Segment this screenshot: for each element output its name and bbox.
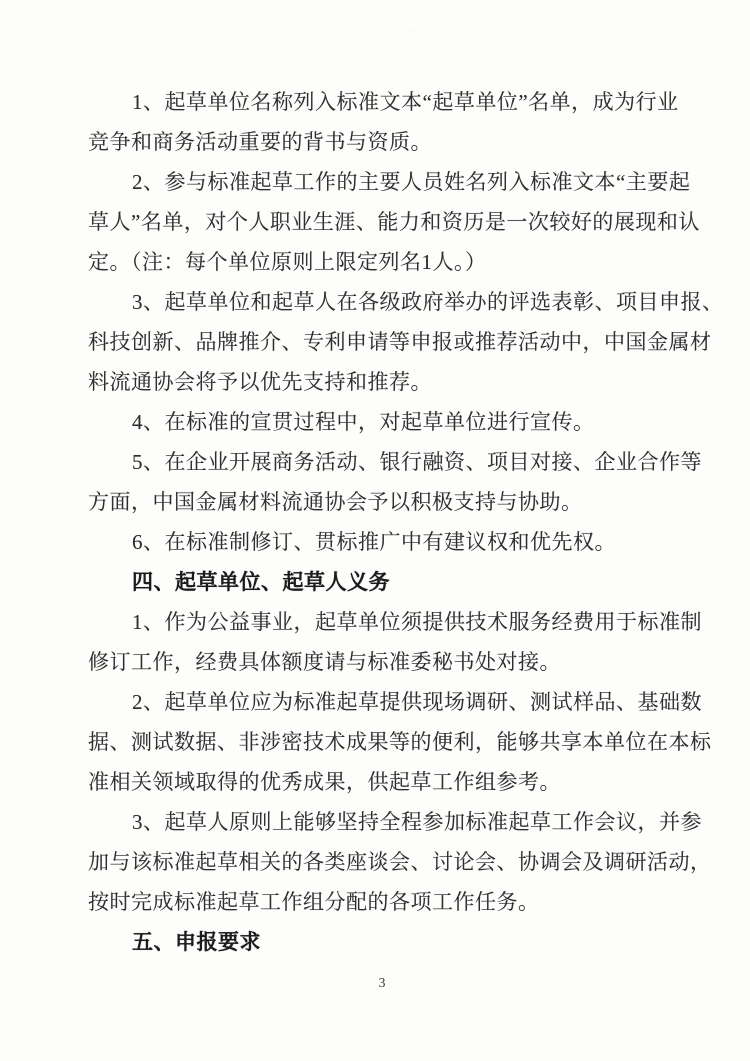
page-number: 3 (379, 976, 386, 992)
page-footer: 3 (0, 974, 750, 992)
text-line: 竞争和商务活动重要的背书与资质。 (88, 122, 666, 162)
text-line: 四、起草单位、起草人义务 (88, 562, 666, 602)
clause-benefit-6: 6、在标准制修订、贯标推广中有建议权和优先权。 (88, 522, 666, 562)
document-content: 1、起草单位名称列入标准文本“起草单位”名单，成为行业竞争和商务活动重要的背书与… (88, 82, 666, 962)
document-page: 1、起草单位名称列入标准文本“起草单位”名单，成为行业竞争和商务活动重要的背书与… (0, 0, 750, 1061)
clause-obligation-1: 1、作为公益事业，起草单位须提供技术服务经费用于标准制修订工作，经费具体额度请与… (88, 602, 666, 682)
text-line: 草人”名单，对个人职业生涯、能力和资历是一次较好的展现和认 (88, 202, 666, 242)
text-line: 2、起草单位应为标准起草提供现场调研、测试样品、基础数 (88, 682, 666, 722)
text-line: 6、在标准制修订、贯标推广中有建议权和优先权。 (88, 522, 666, 562)
clause-benefit-3: 3、起草单位和起草人在各级政府举办的评选表彰、项目申报、科技创新、品牌推介、专利… (88, 282, 666, 402)
text-line: 五、申报要求 (88, 922, 666, 962)
text-line: 1、作为公益事业，起草单位须提供技术服务经费用于标准制 (88, 602, 666, 642)
clause-benefit-4: 4、在标准的宣贯过程中，对起草单位进行宣传。 (88, 402, 666, 442)
text-line: 料流通协会将予以优先支持和推荐。 (88, 362, 666, 402)
section-heading-5: 五、申报要求 (88, 922, 666, 962)
text-line: 1、起草单位名称列入标准文本“起草单位”名单，成为行业 (88, 82, 666, 122)
clause-obligation-2: 2、起草单位应为标准起草提供现场调研、测试样品、基础数据、测试数据、非涉密技术成… (88, 682, 666, 802)
text-line: 方面，中国金属材料流通协会予以积极支持与协助。 (88, 482, 666, 522)
text-line: 定。（注：每个单位原则上限定列名1人。） (88, 242, 666, 282)
text-line: 科技创新、品牌推介、专利申请等申报或推荐活动中，中国金属材 (88, 322, 666, 362)
text-line: 3、起草单位和起草人在各级政府举办的评选表彰、项目申报、 (88, 282, 666, 322)
text-line: 4、在标准的宣贯过程中，对起草单位进行宣传。 (88, 402, 666, 442)
text-line: 5、在企业开展商务活动、银行融资、项目对接、企业合作等 (88, 442, 666, 482)
text-line: 加与该标准起草相关的各类座谈会、讨论会、协调会及调研活动， (88, 842, 666, 882)
clause-benefit-5: 5、在企业开展商务活动、银行融资、项目对接、企业合作等方面，中国金属材料流通协会… (88, 442, 666, 522)
section-heading-4: 四、起草单位、起草人义务 (88, 562, 666, 602)
text-line: 按时完成标准起草工作组分配的各项工作任务。 (88, 882, 666, 922)
text-line: 准相关领域取得的优秀成果，供起草工作组参考。 (88, 762, 666, 802)
text-line: 2、参与标准起草工作的主要人员姓名列入标准文本“主要起 (88, 162, 666, 202)
clause-benefit-1: 1、起草单位名称列入标准文本“起草单位”名单，成为行业竞争和商务活动重要的背书与… (88, 82, 666, 162)
text-line: 据、测试数据、非涉密技术成果等的便利，能够共享本单位在本标 (88, 722, 666, 762)
text-line: 3、起草人原则上能够坚持全程参加标准起草工作会议，并参 (88, 802, 666, 842)
clause-benefit-2: 2、参与标准起草工作的主要人员姓名列入标准文本“主要起草人”名单，对个人职业生涯… (88, 162, 666, 282)
clause-obligation-3: 3、起草人原则上能够坚持全程参加标准起草工作会议，并参加与该标准起草相关的各类座… (88, 802, 666, 922)
text-line: 修订工作，经费具体额度请与标准委秘书处对接。 (88, 642, 666, 682)
